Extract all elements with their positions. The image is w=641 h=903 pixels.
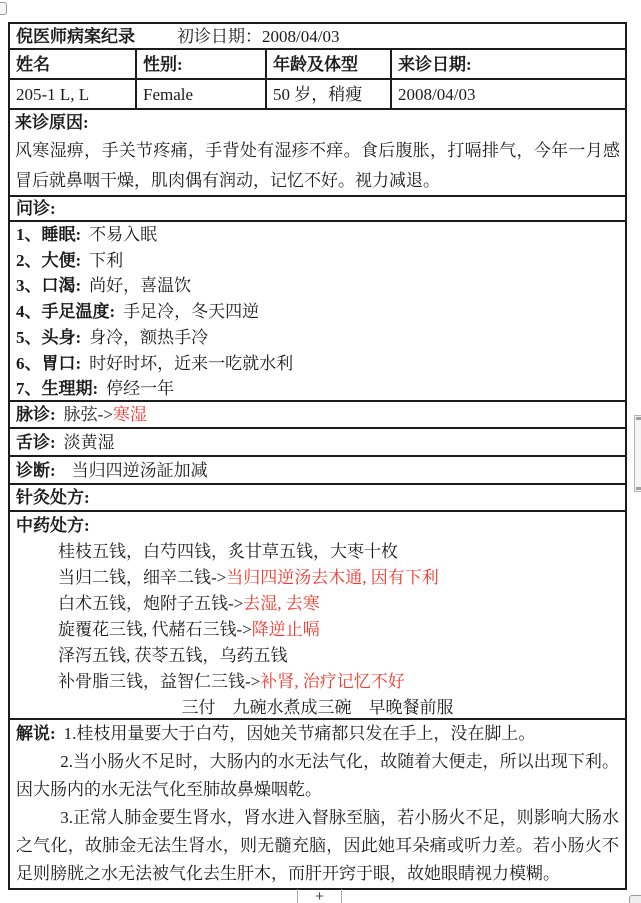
diagnosis-label: 诊断: bbox=[16, 461, 56, 480]
explanation-text: 1.桂枝用量要大于白芍，因她关节痛都只发在手上，没在脚上。 bbox=[64, 724, 536, 743]
inquiry-item-head-body: 5、头身:身冷，额热手冷 bbox=[16, 325, 619, 351]
patient-id-value: 205-1 L, L bbox=[10, 80, 135, 108]
inquiry-item-value: 时好时坏，近来一吃就水利 bbox=[89, 354, 293, 373]
first-visit-date-label: 初诊日期： bbox=[177, 27, 262, 46]
acupuncture-row: 针灸处方: bbox=[10, 485, 625, 512]
inquiry-item-sleep: 1、睡眠:不易入眠 bbox=[16, 222, 619, 248]
visit-reason-label: 来诊原因: bbox=[15, 110, 620, 136]
inquiry-item-limb-temp: 4、手足温度:手足冷，冬天四逆 bbox=[16, 299, 619, 325]
inquiry-item-label: 6、胃口: bbox=[16, 354, 81, 373]
scrollbar-fragment-bottom-right[interactable] bbox=[629, 895, 641, 903]
tongue-label: 舌诊: bbox=[16, 433, 56, 452]
explanation-paragraph-3: 3.正常人肺金要生肾水，肾水进入督脉至脑，若小肠火不足，则影响大肠水之气化，故肺… bbox=[16, 804, 619, 888]
explanation-row: 解说:1.桂枝用量要大于白芍，因她关节痛都只发在手上，没在脚上。 2.当小肠火不… bbox=[10, 720, 625, 888]
herbal-line: 泽泻五钱, 茯苓五钱，乌药五钱 bbox=[16, 643, 619, 669]
explanation-label: 解说: bbox=[16, 724, 56, 743]
inquiry-item-menstruation: 7、生理期:停经一年 bbox=[16, 376, 619, 402]
inquiry-section-label: 问诊: bbox=[10, 197, 625, 222]
herbal-line-text: 泽泻五钱, 茯苓五钱，乌药五钱 bbox=[58, 646, 288, 665]
herbal-line-text: 白术五钱，炮附子五钱-> bbox=[58, 594, 243, 613]
diagnosis-row: 诊断:当归四逆汤証加减 bbox=[10, 457, 625, 485]
record-header-row: 倪医师病案纪录初诊日期：2008/04/03 bbox=[10, 24, 625, 50]
vertical-scrollbar-thumb[interactable] bbox=[634, 415, 641, 492]
gender-header: 性别: bbox=[135, 50, 265, 78]
herbal-line-note-red: 当归四逆汤去木通, 因有下利 bbox=[226, 568, 439, 587]
visit-reason-row: 来诊原因: 风寒湿痹，手关节疼痛，手背处有湿疹不痒。食后腹胀，打嗝排气，今年一月… bbox=[10, 110, 625, 197]
dosage-instruction: 三付 九碗水煮成三碗 早晚餐前服 bbox=[16, 695, 619, 720]
herbal-line-text: 当归二钱，细辛二钱-> bbox=[58, 568, 226, 587]
age-build-header: 年龄及体型 bbox=[265, 50, 390, 78]
inquiry-item-label: 3、口渴: bbox=[16, 276, 81, 295]
herbal-line: 旋覆花三钱, 代赭石三钱->降逆止嗝 bbox=[16, 617, 619, 643]
info-header-row: 姓名 性别: 年龄及体型 来诊日期: bbox=[10, 50, 625, 80]
gender-value: Female bbox=[135, 80, 265, 108]
first-visit-date-value: 2008/04/03 bbox=[262, 27, 339, 46]
scrollbar-fragment-top-left[interactable] bbox=[0, 2, 7, 15]
pulse-label: 脉诊: bbox=[16, 405, 56, 424]
herbal-line-note-red: 去湿, 去寒 bbox=[243, 594, 320, 613]
herbal-line-text: 旋覆花三钱, 代赭石三钱-> bbox=[58, 620, 252, 639]
inquiry-item-value: 停经一年 bbox=[106, 379, 174, 398]
inquiry-item-value: 尚好，喜温饮 bbox=[89, 276, 191, 295]
inquiry-item-label: 4、手足温度: bbox=[16, 302, 115, 321]
herbal-prescription-row: 中药处方: 桂枝五钱，白芍四钱，炙甘草五钱，大枣十枚 当归二钱，细辛二钱->当归… bbox=[10, 512, 625, 720]
inquiry-item-label: 7、生理期: bbox=[16, 379, 98, 398]
pulse-value: 脉弦-> bbox=[64, 405, 113, 424]
inquiry-item-appetite: 6、胃口:时好时坏，近来一吃就水利 bbox=[16, 351, 619, 377]
pulse-diagnosis-row: 脉诊:脉弦->寒湿 bbox=[10, 402, 625, 429]
inquiry-item-label: 2、大便: bbox=[16, 251, 81, 270]
herbal-line: 补骨脂三钱，益智仁三钱->补肾, 治疗记忆不好 bbox=[16, 669, 619, 695]
acupuncture-label: 针灸处方: bbox=[16, 488, 90, 507]
inquiry-item-value: 身冷，额热手冷 bbox=[89, 328, 208, 347]
inquiry-item-label: 1、睡眠: bbox=[16, 225, 81, 244]
explanation-paragraph-2: 2.当小肠火不足时，大肠内的水无法气化，故随着大便走，所以出现下利。因大肠内的水… bbox=[16, 748, 619, 804]
inquiry-item-value: 下利 bbox=[89, 251, 123, 270]
document-page: 倪医师病案纪录初诊日期：2008/04/03 姓名 性别: 年龄及体型 来诊日期… bbox=[0, 0, 641, 903]
pulse-note-red: 寒湿 bbox=[113, 405, 147, 424]
inquiry-item-label: 5、头身: bbox=[16, 328, 81, 347]
age-build-value: 50 岁，稍瘦 bbox=[265, 80, 390, 108]
diagnosis-value: 当归四逆汤証加减 bbox=[72, 461, 208, 480]
tongue-value: 淡黄湿 bbox=[64, 433, 115, 452]
medical-record-table: 倪医师病案纪录初诊日期：2008/04/03 姓名 性别: 年龄及体型 来诊日期… bbox=[8, 22, 627, 890]
record-title: 倪医师病案纪录 bbox=[16, 27, 135, 46]
herbal-line-text: 补骨脂三钱，益智仁三钱-> bbox=[58, 672, 260, 691]
visit-reason-text: 风寒湿痹，手关节疼痛，手背处有湿疹不痒。食后腹胀，打嗝排气，今年一月感冒后就鼻咽… bbox=[15, 136, 620, 196]
herbal-line: 当归二钱，细辛二钱->当归四逆汤去木通, 因有下利 bbox=[16, 565, 619, 591]
inquiry-item-value: 不易入眠 bbox=[89, 225, 157, 244]
herbal-line-note-red: 补肾, 治疗记忆不好 bbox=[260, 672, 405, 691]
herbal-line-note-red: 降逆止嗝 bbox=[252, 620, 320, 639]
inquiry-item-value: 手足冷，冬天四逆 bbox=[123, 302, 259, 321]
herbal-line: 白术五钱，炮附子五钱->去湿, 去寒 bbox=[16, 591, 619, 617]
inquiry-items-row: 1、睡眠:不易入眠 2、大便:下利 3、口渴:尚好，喜温饮 4、手足温度:手足冷… bbox=[10, 222, 625, 402]
herbal-label: 中药处方: bbox=[16, 512, 619, 539]
inquiry-item-stool: 2、大便:下利 bbox=[16, 248, 619, 274]
visit-date-header: 来诊日期: bbox=[390, 50, 625, 78]
zoom-in-button[interactable]: + bbox=[297, 889, 342, 903]
herbal-line-text: 桂枝五钱，白芍四钱，炙甘草五钱，大枣十枚 bbox=[58, 542, 398, 561]
info-value-row: 205-1 L, L Female 50 岁，稍瘦 2008/04/03 bbox=[10, 80, 625, 110]
herbal-line: 桂枝五钱，白芍四钱，炙甘草五钱，大枣十枚 bbox=[16, 539, 619, 565]
inquiry-item-thirst: 3、口渴:尚好，喜温饮 bbox=[16, 273, 619, 299]
explanation-paragraph-1: 解说:1.桂枝用量要大于白芍，因她关节痛都只发在手上，没在脚上。 bbox=[16, 720, 619, 748]
visit-date-value: 2008/04/03 bbox=[390, 80, 625, 108]
name-header: 姓名 bbox=[10, 50, 135, 78]
tongue-diagnosis-row: 舌诊:淡黄湿 bbox=[10, 429, 625, 457]
